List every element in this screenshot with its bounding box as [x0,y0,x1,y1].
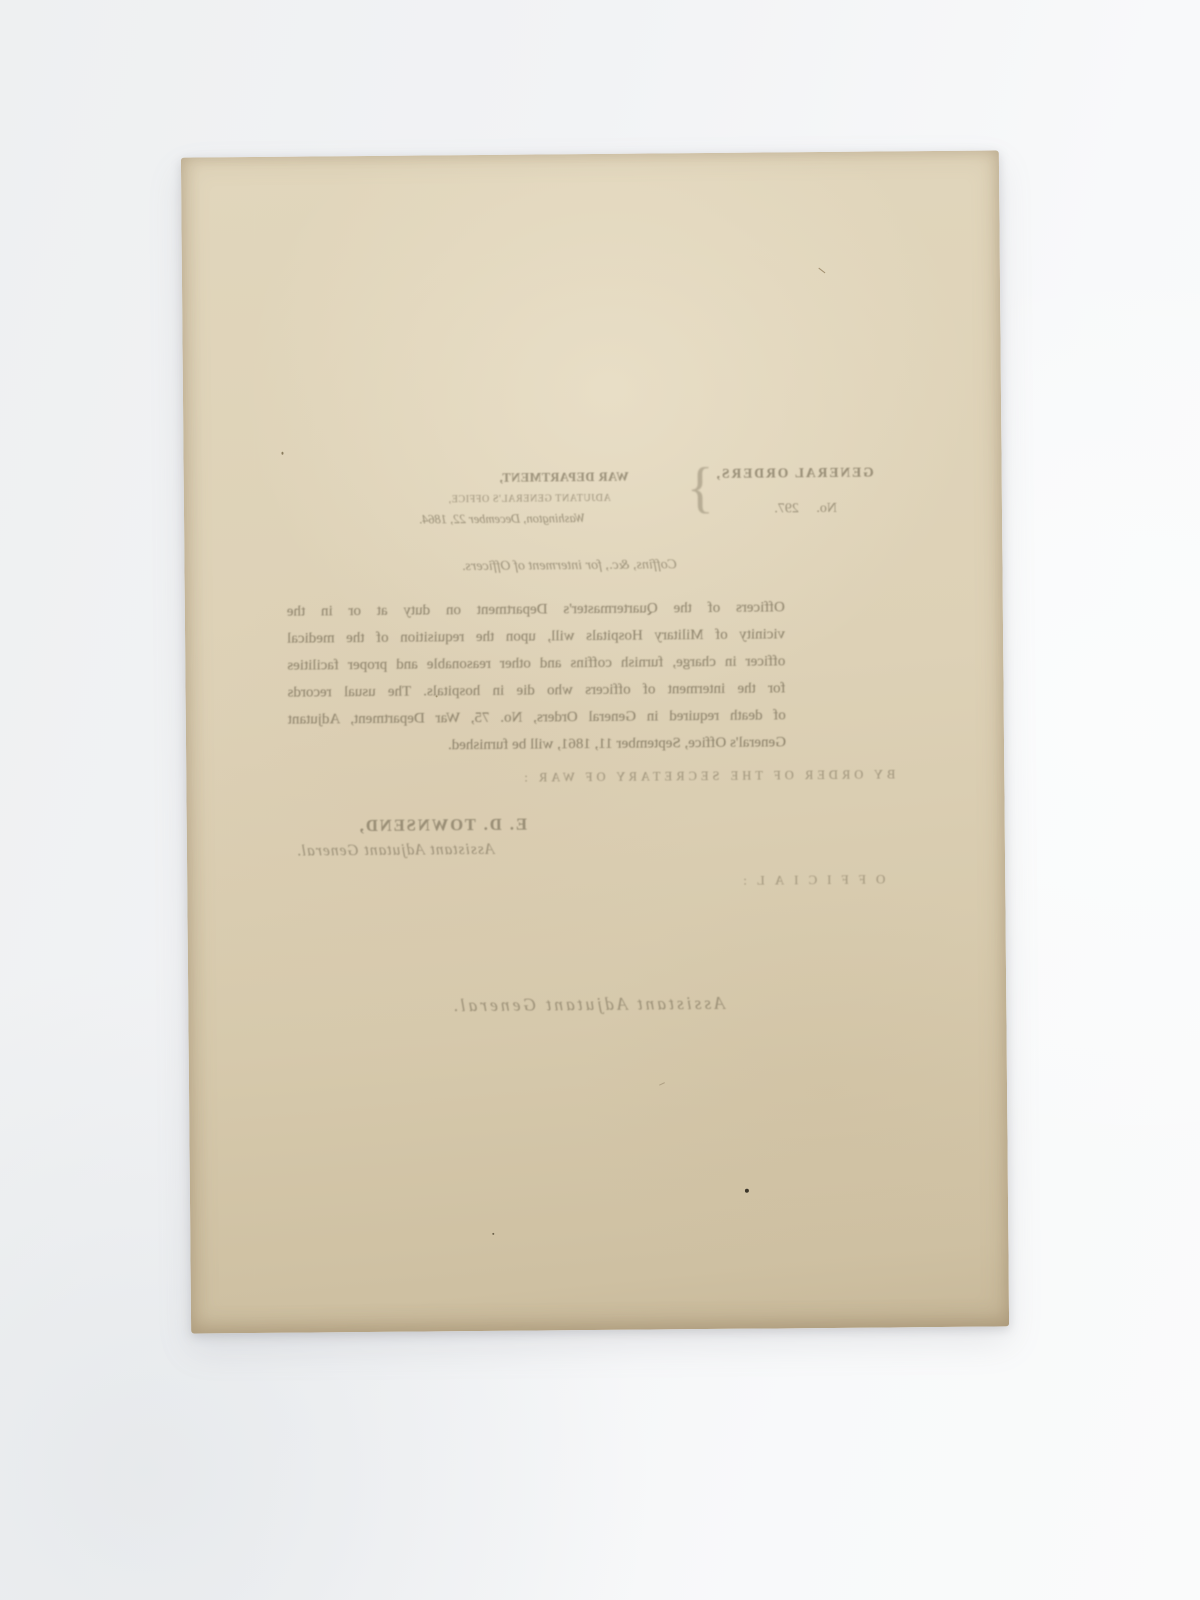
body-line: officer in charge, furnish coffins and o… [287,648,785,679]
body-line: of death required in General Orders, No.… [288,702,786,733]
orders-number: No. 297. [719,501,837,518]
paper-fiber [659,1082,665,1085]
paper-sheet: } GENERAL ORDERS, No. 297. WAR DEPARTMEN… [181,150,1009,1333]
signature-title: Assistant Adjutant General. [296,841,495,861]
orders-label: GENERAL ORDERS, [708,465,874,482]
body-paragraph: Officers of the Quartermaster's Departme… [287,594,786,760]
body-line: General's Office, September 11, 1861, wi… [288,729,786,760]
countersign-title: Assistant Adjutant General. [450,993,725,1016]
paper-speck [745,1189,749,1193]
office-name: ADJUTANT GENERAL'S OFFICE, [463,493,611,505]
paper-fiber [818,268,825,274]
paper-speck [436,695,438,697]
paper-speck [492,1233,494,1235]
official-label: OFFICIAL: [733,871,885,888]
paper-speck [281,452,283,455]
dateline: Washington, December 22, 1864. [431,511,585,527]
body-line: for the interment of officers who die in… [287,675,785,706]
photo-backdrop: { "photo": { "background_color": "#f2f3f… [0,0,1200,1600]
body-line: Officers of the Quartermaster's Departme… [287,594,785,625]
signature-name: E. D. TOWNSEND, [358,815,527,836]
department-name: WAR DEPARTMENT, [515,470,629,486]
body-line: vicinity of Military Hospitals will, upo… [287,621,785,652]
by-order-line: BY ORDER OF THE SECRETARY OF WAR : [520,767,895,785]
subject-line: Coffins, &c., for interment of Officers. [439,557,699,575]
